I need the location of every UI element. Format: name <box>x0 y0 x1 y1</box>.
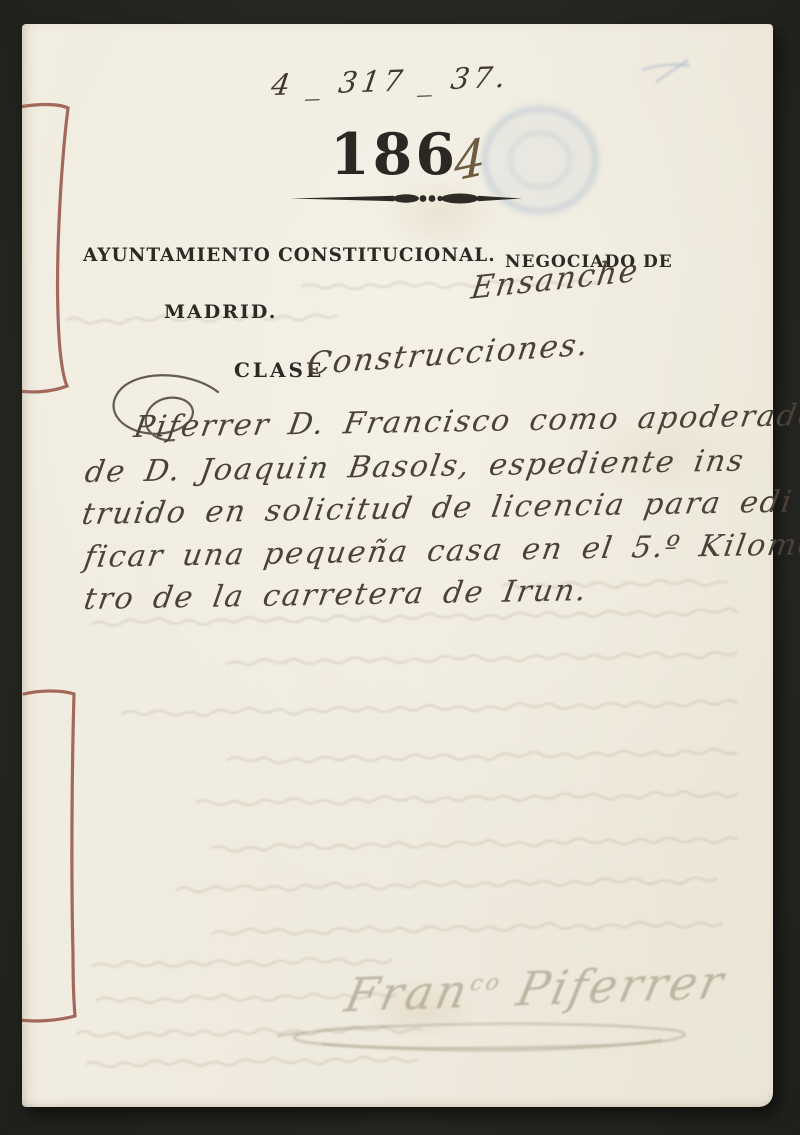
signature-flourish <box>277 1024 685 1051</box>
faded-reference-mark <box>642 60 690 82</box>
stamp-icon <box>478 102 602 218</box>
year-printed: 186 <box>330 121 458 188</box>
binding-thread-bottom <box>22 691 75 1021</box>
divider-ornament <box>290 194 522 204</box>
year-handwritten: 4 <box>454 127 485 193</box>
document-page: 4 _ 317 _ 37. 1864 AYUNTAMIENTO CONSTITU… <box>22 24 773 1107</box>
signature-superscript: co <box>468 970 505 996</box>
org-city: MADRID. <box>164 301 277 323</box>
signature-last: Piferrer <box>512 955 731 1017</box>
photo-background: 4 _ 317 _ 37. 1864 AYUNTAMIENTO CONSTITU… <box>0 0 800 1135</box>
org-name: AYUNTAMIENTO CONSTITUCIONAL. <box>83 244 496 266</box>
binding-thread-top <box>22 105 68 392</box>
signature-first: Fran <box>340 964 474 1023</box>
year-heading: 1864 <box>330 126 486 186</box>
